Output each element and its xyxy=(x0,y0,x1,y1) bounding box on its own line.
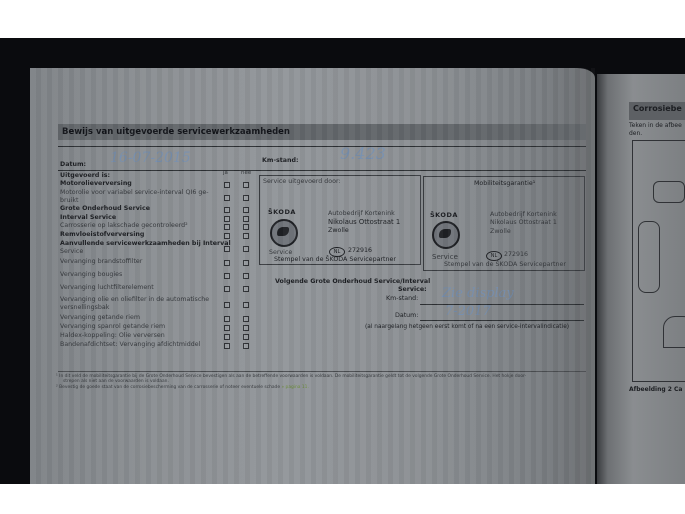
figure-caption: Afbeelding 2 Ca xyxy=(629,386,682,394)
km-stand-label: Km-stand: xyxy=(262,157,299,165)
checkbox-ja[interactable] xyxy=(224,334,230,340)
checklist-item-label: Motorolieverversing xyxy=(60,180,132,188)
dealer-city: Zwolle xyxy=(490,228,511,236)
divider xyxy=(58,146,586,147)
checklist-item-label: Remvloeistofverversing xyxy=(60,231,144,239)
checklist-item-label: Vervanging spanrol getande riem xyxy=(60,323,165,331)
checklist-item-label: Grote Onderhoud Service xyxy=(60,205,150,213)
checklist-item-label: Motorolie voor variabel service-interval… xyxy=(60,189,209,197)
checkbox-ja[interactable] xyxy=(224,216,230,222)
checkbox-nee[interactable] xyxy=(243,182,249,188)
footnote-2: ² Bevestig de goede staat van de corrosi… xyxy=(56,385,309,390)
next-datum-handwritten: 7-2017 xyxy=(445,304,491,319)
checklist-item-label: Bandenafdichtset: Vervanging afdichtmidd… xyxy=(60,341,200,349)
service-stamp-caption: Stempel van de ŠKODA Servicepartner xyxy=(274,256,396,264)
checkbox-nee[interactable] xyxy=(243,302,249,308)
checklist-item-label: Haldex-koppeling: Olie verversen xyxy=(60,332,165,340)
checklist-item-label: Aanvullende servicewerkzaamheden bij Int… xyxy=(60,240,231,248)
divider xyxy=(58,170,586,171)
datum-label: Datum: xyxy=(60,161,86,169)
next-km-handwritten: Zie display xyxy=(442,286,514,301)
dealer-city: Zwolle xyxy=(328,227,349,235)
checkbox-ja[interactable] xyxy=(224,286,230,292)
checkbox-nee[interactable] xyxy=(243,224,249,230)
dealer-address: Nikolaus Ottostraat 1 xyxy=(328,218,400,226)
checklist-item-label: Vervanging luchtfilterelement xyxy=(60,284,154,292)
checkbox-nee[interactable] xyxy=(243,334,249,340)
right-page-title: Corrosiebe xyxy=(629,102,685,120)
col-nee: nee xyxy=(241,169,251,177)
checkbox-ja[interactable] xyxy=(224,195,230,201)
skoda-logo-icon xyxy=(270,219,298,247)
checkbox-ja[interactable] xyxy=(224,302,230,308)
checkbox-nee[interactable] xyxy=(243,246,249,252)
checkbox-ja[interactable] xyxy=(224,233,230,239)
next-datum-line xyxy=(420,320,584,321)
datum-handwritten: 16-07-2015 xyxy=(110,150,191,166)
car-diagram xyxy=(632,140,685,382)
car-rear-icon xyxy=(663,316,685,348)
next-service-heading: Volgende Grote Onderhoud Service/Interva… xyxy=(275,278,430,286)
left-page: Bewijs van uitgevoerde servicewerkzaamhe… xyxy=(30,68,595,484)
photo-background: Corrosiebe Teken in de afbee den. Afbeel… xyxy=(0,38,685,484)
checkbox-nee[interactable] xyxy=(243,233,249,239)
checklist-item-label-cont: Service xyxy=(60,248,83,256)
dealer-number: 272916 xyxy=(348,247,372,255)
checklist-item-label: Interval Service xyxy=(60,214,116,222)
dealer-address: Nikolaus Ottostraat 1 xyxy=(490,219,557,227)
checkbox-nee[interactable] xyxy=(243,216,249,222)
col-ja: ja xyxy=(223,169,228,177)
service-word: Service xyxy=(432,253,458,261)
checkbox-ja[interactable] xyxy=(224,343,230,349)
divider xyxy=(58,371,586,372)
mobility-stamp-box: Mobiliteitsgarantie¹ ŠKODA Service Autob… xyxy=(423,176,585,271)
document-title-bar: Bewijs van uitgevoerde servicewerkzaamhe… xyxy=(58,124,586,140)
next-service-note: (al naargelang hetgeen eerst komt of na … xyxy=(365,323,569,331)
checkbox-ja[interactable] xyxy=(224,325,230,331)
checklist-item-label: Vervanging olie en oliefilter in de auto… xyxy=(60,296,209,304)
checkbox-nee[interactable] xyxy=(243,316,249,322)
next-km-label: Km-stand: xyxy=(386,295,418,303)
car-side-icon xyxy=(638,221,660,293)
checklist-item-label-cont: versnellingsbak xyxy=(60,304,109,312)
checklist-item-label-cont: bruikt xyxy=(60,197,78,205)
checkbox-ja[interactable] xyxy=(224,273,230,279)
skoda-logo-icon xyxy=(432,221,460,249)
country-badge: NL xyxy=(486,251,502,261)
checkbox-ja[interactable] xyxy=(224,260,230,266)
right-page-intro-2: den. xyxy=(629,130,642,138)
checkbox-ja[interactable] xyxy=(224,246,230,252)
next-service-heading-2: Service: xyxy=(398,286,427,294)
checkbox-ja[interactable] xyxy=(224,207,230,213)
dealer-name: Autobedrijf Kortenink xyxy=(328,210,395,218)
checklist-item-label: Carrosserie op lakschade gecontroleerd² xyxy=(60,222,188,230)
uitgevoerd-label: Uitgevoerd is: xyxy=(60,172,110,180)
service-stamp-box: Service uitgevoerd door: ŠKODA Service A… xyxy=(259,175,421,265)
service-stamp-header: Service uitgevoerd door: xyxy=(263,178,341,186)
checkbox-nee[interactable] xyxy=(243,273,249,279)
checkbox-nee[interactable] xyxy=(243,325,249,331)
skoda-brand: ŠKODA xyxy=(430,211,458,219)
car-outline-icon xyxy=(653,181,685,203)
checklist-item-label: Vervanging getande riem xyxy=(60,314,140,322)
checkbox-nee[interactable] xyxy=(243,286,249,292)
checkbox-nee[interactable] xyxy=(243,207,249,213)
document-title: Bewijs van uitgevoerde servicewerkzaamhe… xyxy=(62,127,290,137)
footnote-1b: strepen als niet aan de voorwaarden is v… xyxy=(63,379,169,384)
km-stand-handwritten: 9.423 xyxy=(340,144,386,163)
mobility-header: Mobiliteitsgarantie¹ xyxy=(474,180,535,188)
checkbox-ja[interactable] xyxy=(224,316,230,322)
mobility-stamp-caption: Stempel van de ŠKODA Servicepartner xyxy=(444,261,566,269)
checklist-item-label: Vervanging brandstoffilter xyxy=(60,258,142,266)
next-datum-label: Datum: xyxy=(395,312,418,320)
skoda-brand: ŠKODA xyxy=(268,208,296,216)
dealer-number: 272916 xyxy=(504,251,528,259)
checkbox-nee[interactable] xyxy=(243,343,249,349)
page-link[interactable]: » pagina 11. xyxy=(281,385,308,390)
checkbox-nee[interactable] xyxy=(243,195,249,201)
dealer-name: Autobedrijf Kortenink xyxy=(490,211,557,219)
checkbox-nee[interactable] xyxy=(243,260,249,266)
right-page: Corrosiebe Teken in de afbee den. Afbeel… xyxy=(597,74,685,484)
right-page-intro: Teken in de afbee xyxy=(629,122,682,130)
checkbox-ja[interactable] xyxy=(224,224,230,230)
checklist-item-label: Vervanging bougies xyxy=(60,271,122,279)
checkbox-ja[interactable] xyxy=(224,182,230,188)
